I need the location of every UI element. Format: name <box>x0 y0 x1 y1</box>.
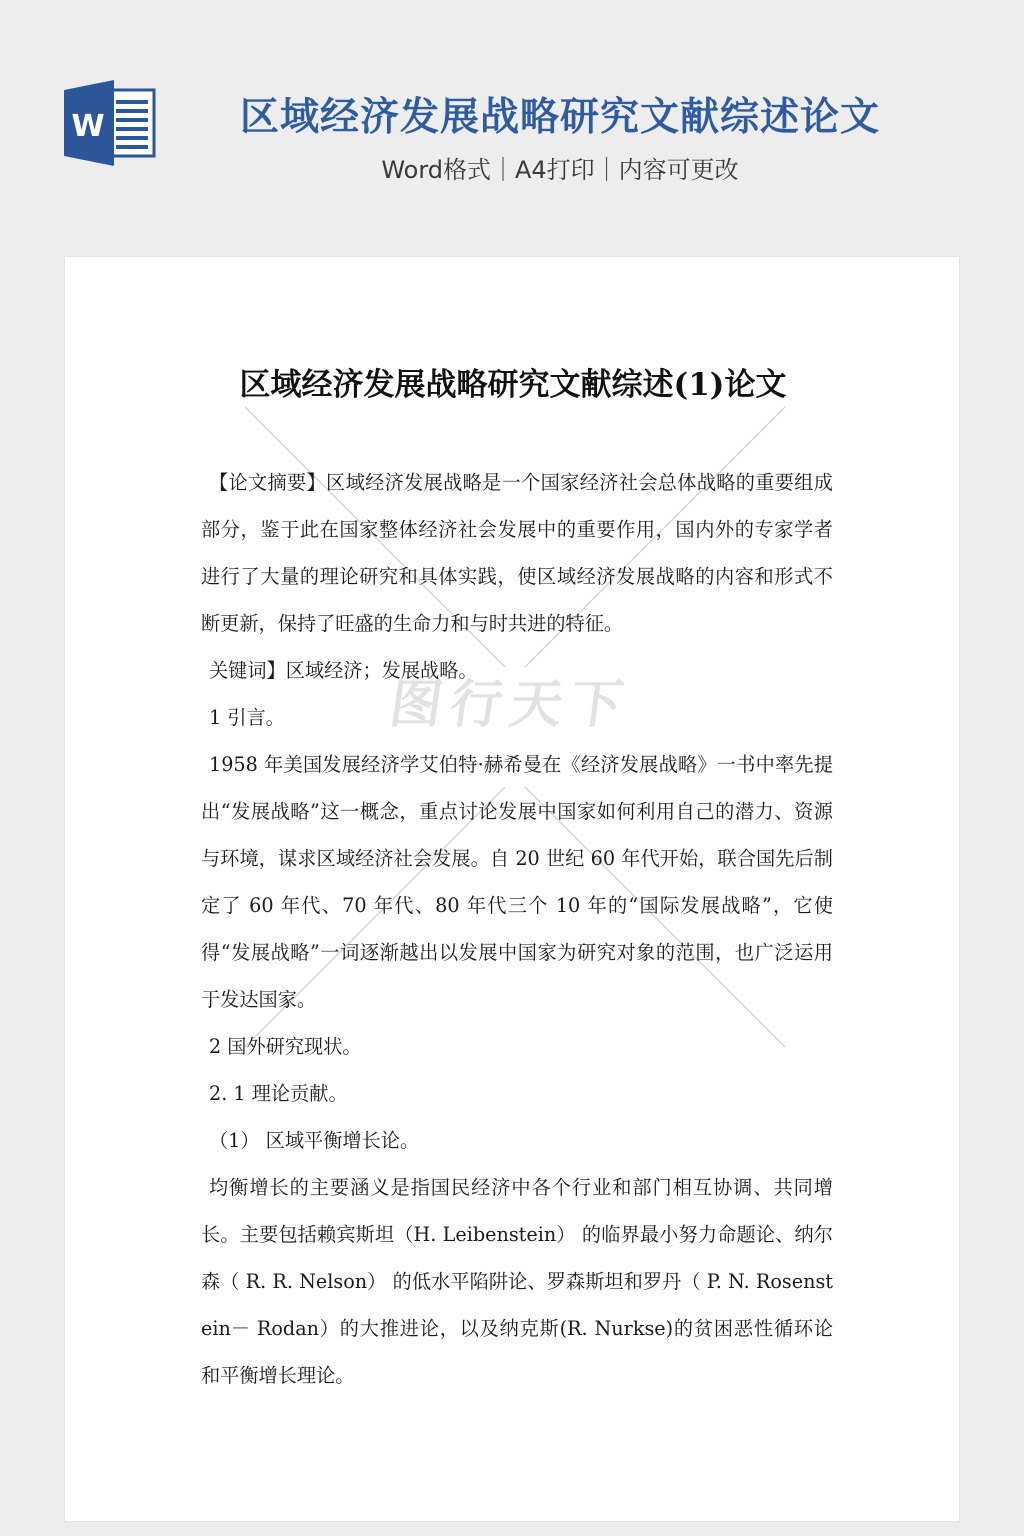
section-heading: 2 国外研究现状。 <box>201 1023 833 1070</box>
section-heading: 1 引言。 <box>201 694 833 741</box>
body-paragraph: 均衡增长的主要涵义是指国民经济中各个行业和部门相互协调、共同增长。主要包括赖宾斯… <box>201 1164 833 1399</box>
document-page: 图行天下 区域经济发展战略研究文献综述(1)论文 【论文摘要】区域经济发展战略是… <box>64 256 960 1522</box>
subsection-heading: 2. 1 理论贡献。 <box>201 1070 833 1117</box>
abstract-paragraph: 【论文摘要】区域经济发展战略是一个国家经济社会总体战略的重要组成部分，鉴于此在国… <box>201 459 833 647</box>
page-subtitle: Word格式｜A4打印｜内容可更改 <box>200 152 920 188</box>
subsection-heading: （1） 区域平衡增长论。 <box>201 1117 833 1164</box>
header-banner: W 区域经济发展战略研究文献综述论文 Word格式｜A4打印｜内容可更改 <box>0 0 1024 256</box>
keywords-paragraph: 关键词】区域经济；发展战略。 <box>201 647 833 694</box>
page-title: 区域经济发展战略研究文献综述论文 <box>200 92 920 144</box>
svg-text:W: W <box>71 109 104 144</box>
word-icon: W <box>64 80 156 166</box>
document-body: 【论文摘要】区域经济发展战略是一个国家经济社会总体战略的重要组成部分，鉴于此在国… <box>201 459 833 1399</box>
document-title: 区域经济发展战略研究文献综述(1)论文 <box>65 363 960 407</box>
body-paragraph: 1958 年美国发展经济学艾伯特·赫希曼在《经济发展战略》一书中率先提出“发展战… <box>201 741 833 1023</box>
